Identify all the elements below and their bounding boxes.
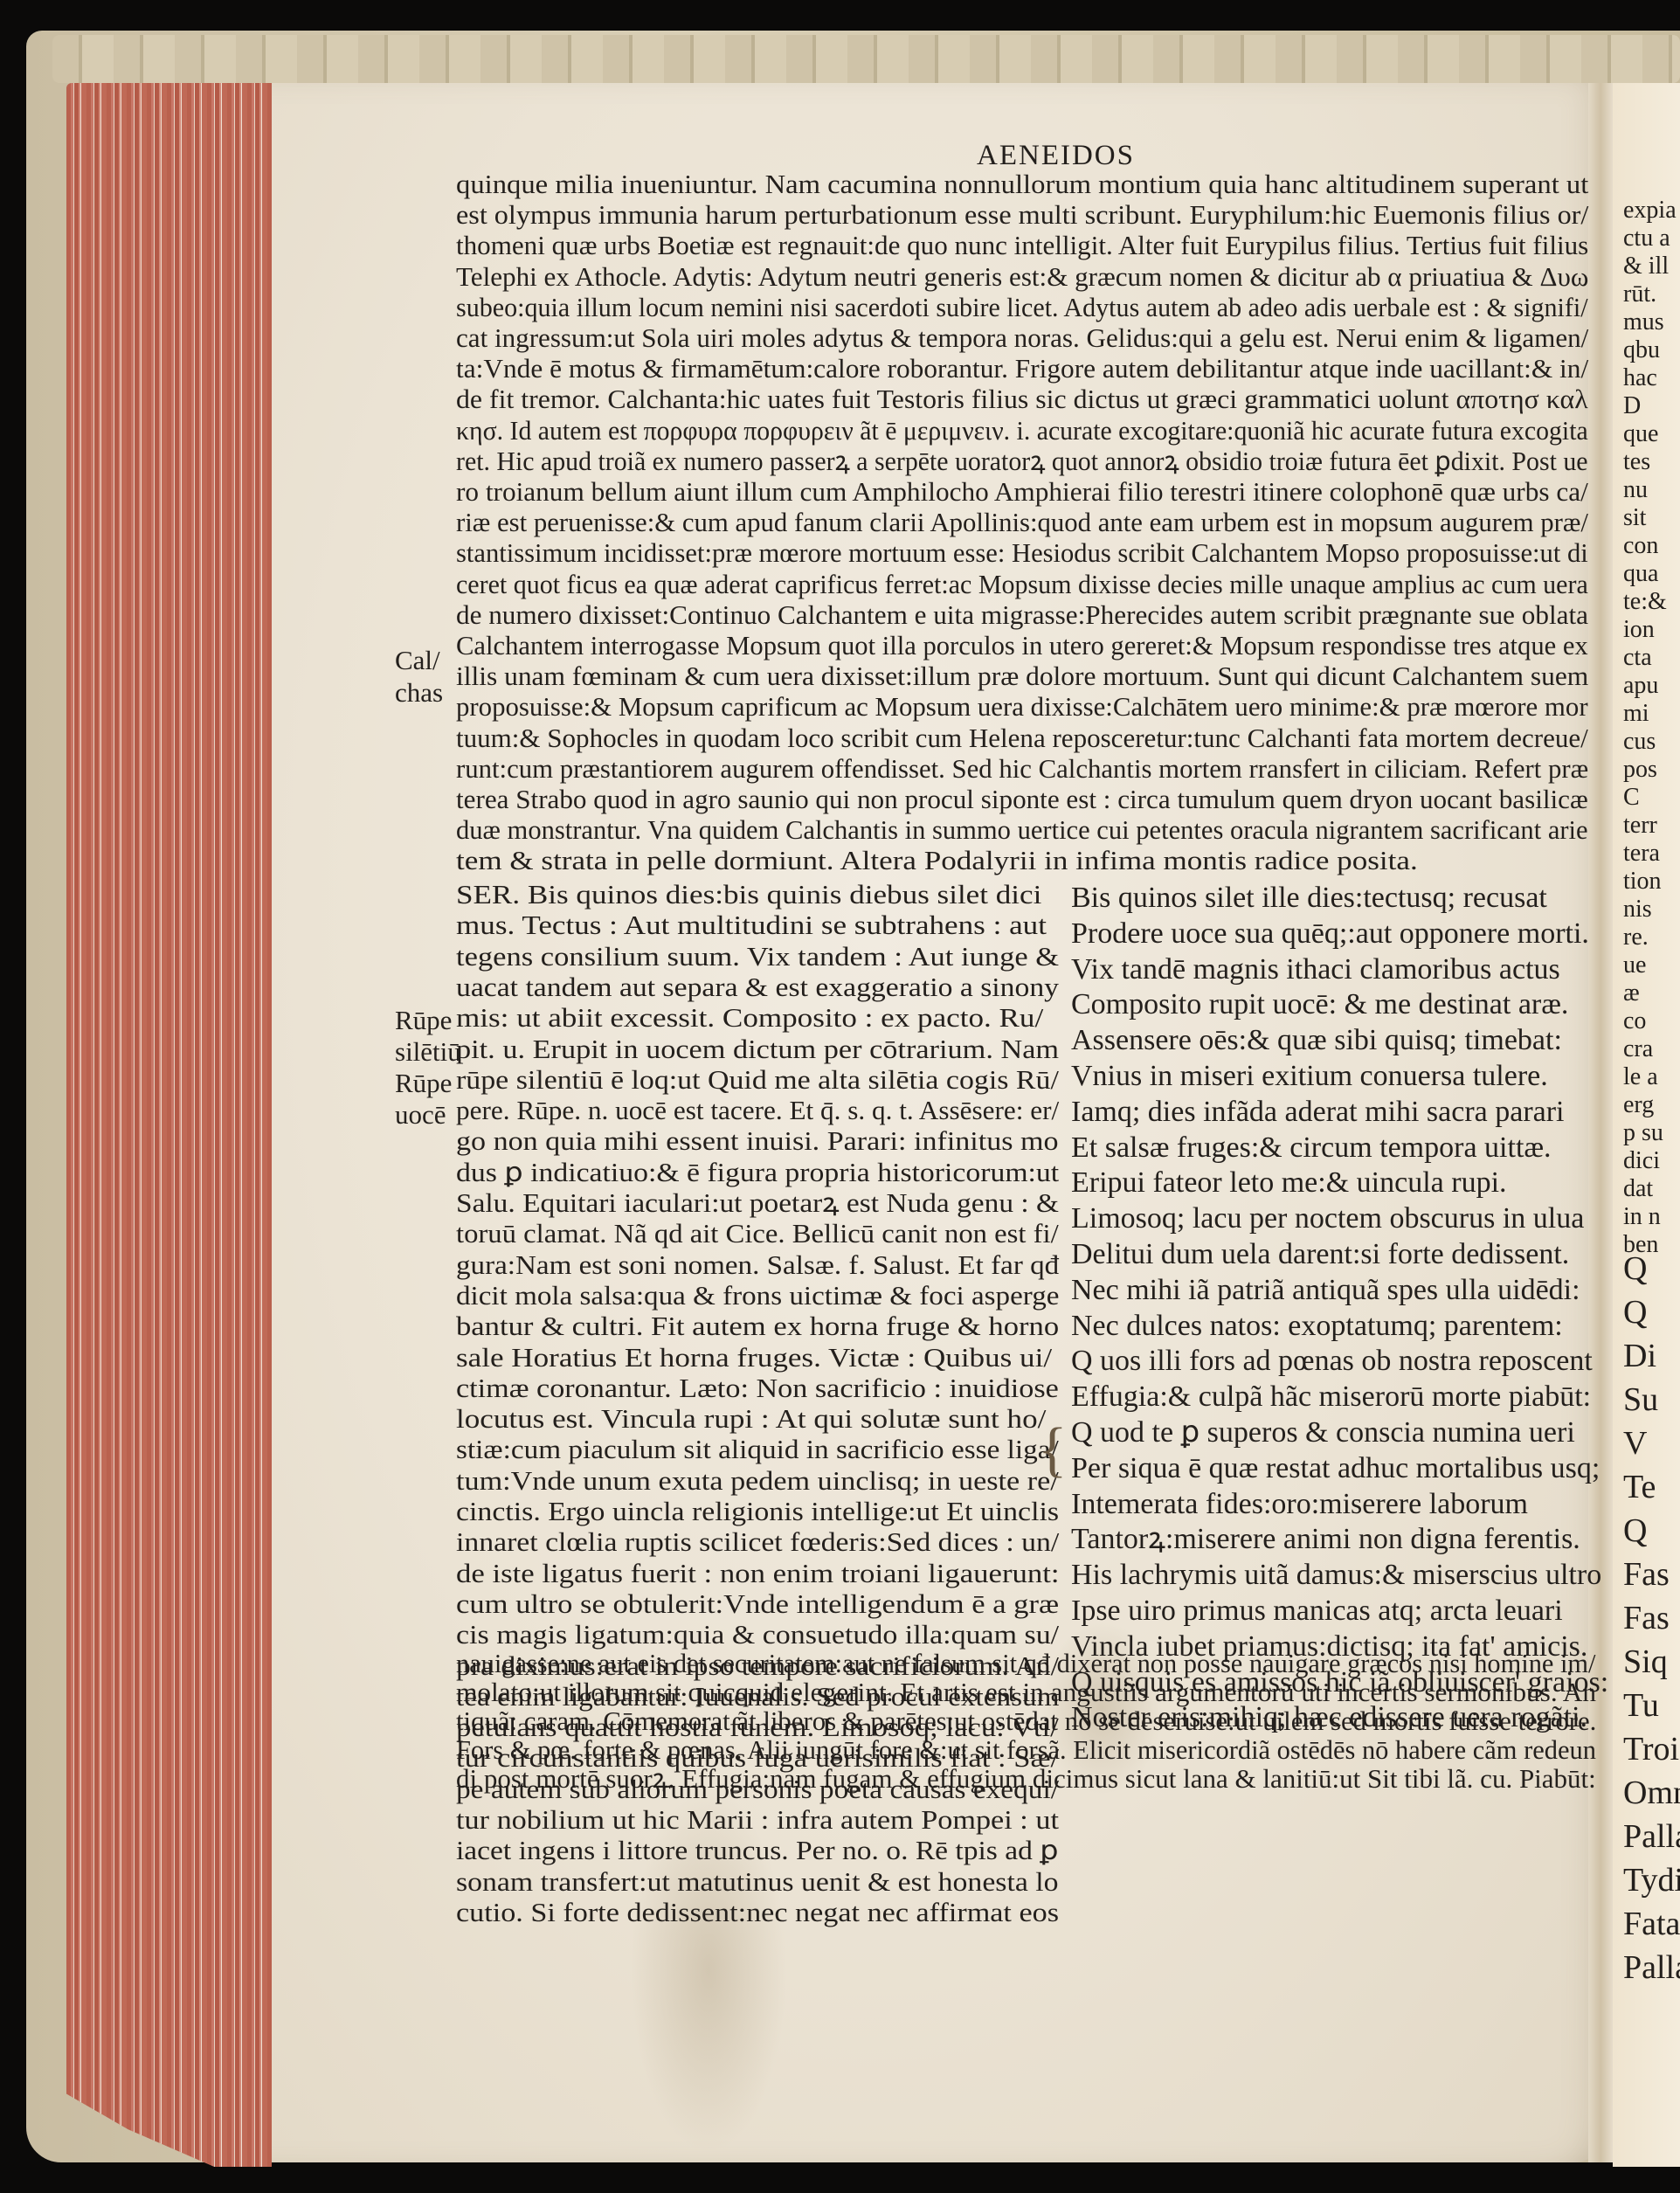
recto-text-fragment: Q xyxy=(1623,1512,1647,1550)
recto-text-fragment: qua xyxy=(1623,560,1658,588)
recto-text-fragment: co xyxy=(1623,1007,1646,1035)
margin-note: uocē xyxy=(395,1099,446,1131)
commentary-line: cutio. Si forte dedissent:nec negat nec … xyxy=(456,1899,1059,1927)
recto-text-fragment: ion xyxy=(1623,616,1655,644)
recto-text-fragment: le a xyxy=(1623,1063,1658,1091)
recto-text-fragment: apu xyxy=(1623,672,1658,700)
recto-text-fragment: tes xyxy=(1623,448,1650,476)
commentary-line: Salu. Equitari iaculari:ut poetarꝝ est N… xyxy=(456,1189,1059,1218)
recto-text-fragment: Q xyxy=(1623,1293,1647,1332)
recto-text-fragment: Omn xyxy=(1623,1774,1680,1812)
recto-text-fragment: te:& xyxy=(1623,588,1667,616)
recto-text-fragment: Fatal xyxy=(1623,1905,1680,1943)
commentary-line: de numero dixisset:Continuo Calchantem e… xyxy=(456,601,1588,630)
commentary-line: subeo:quia illum locum nemini nisi sacer… xyxy=(456,294,1588,322)
commentary-line: locutus est. Vincula rupi : At qui solut… xyxy=(456,1405,1046,1434)
recto-text-fragment: V xyxy=(1623,1424,1647,1463)
commentary-line: tiquã: caram. Cōmemorat ãt liberos & par… xyxy=(456,1707,1596,1736)
commentary-line: dus ꝑ indicatiuo:& ē figura propria hist… xyxy=(456,1159,1059,1187)
commentary-line: uacat tandem aut separa & est exaggerati… xyxy=(456,973,1059,1002)
recto-text-fragment: & ill xyxy=(1623,253,1669,280)
recto-text-fragment: tion xyxy=(1623,868,1662,896)
recto-text-fragment: re. xyxy=(1623,924,1649,951)
commentary-line: di post mortē suorꝝ. Effugia:nam fugam &… xyxy=(456,1765,1596,1794)
commentary-line: gura:Nam est soni nomen. Salsæ. f. Salus… xyxy=(456,1251,1059,1280)
verse-line: Prodere uoce sua quēq;:aut opponere mort… xyxy=(1071,917,1589,952)
commentary-line: toruū clamat. Nã qd ait Cice. Bellicū ca… xyxy=(456,1220,1059,1249)
recto-text-fragment: cta xyxy=(1623,644,1652,672)
recto-page-edge: expiactu a& illrūt.musqbuhacDquetesnusit… xyxy=(1613,83,1680,2167)
recto-text-fragment: ctu a xyxy=(1623,225,1670,253)
commentary-line: iacet ingens i littore truncus. Per no. … xyxy=(456,1837,1059,1865)
margin-note: Rūpe xyxy=(395,1068,452,1099)
recto-text-fragment: mus xyxy=(1623,308,1664,336)
margin-note: Rūpe xyxy=(395,1005,452,1036)
verse-line: Assensere oēs:& quæ sibi quisq; timebat: xyxy=(1071,1023,1562,1059)
gutter xyxy=(1588,83,1613,2162)
margin-note: chas xyxy=(395,677,443,709)
recto-text-fragment: con xyxy=(1623,532,1658,560)
recto-text-fragment: Siq xyxy=(1623,1643,1668,1681)
verse-line: Effugia:& culpã hãc miserorū morte piabū… xyxy=(1071,1380,1591,1415)
recto-text-fragment: Fas xyxy=(1623,1555,1670,1594)
verse-line: His lachrymis uitã damus:& miserscius ul… xyxy=(1071,1558,1601,1594)
recto-text-fragment: p su xyxy=(1623,1119,1663,1147)
verse-line: Limosoq; lacu per noctem obscurus in ulu… xyxy=(1071,1201,1584,1237)
commentary-line: bantur & cultri. Fit autem ex horna frug… xyxy=(456,1312,1059,1341)
recto-text-fragment: cra xyxy=(1623,1035,1653,1063)
commentary-line: Telephi ex Athocle. Adytis: Adytum neutr… xyxy=(456,263,1588,292)
commentary-line: est olympus immunia harum perturbationum… xyxy=(456,201,1588,230)
red-fore-edge-pages xyxy=(66,83,272,2167)
commentary-line: tur nobilium ut hic Marii : infra autem … xyxy=(456,1806,1059,1835)
verse-line: Q uod te ꝑ superos & conscia numina ueri xyxy=(1071,1415,1575,1451)
margin-note: Cal/ xyxy=(395,645,440,676)
recto-text-fragment: Fas xyxy=(1623,1599,1670,1637)
verse-line: Tantorꝝ:miserere animi non digna ferenti… xyxy=(1071,1522,1580,1558)
verse-line: Ipse uiro primus manicas atq; arcta leua… xyxy=(1071,1594,1563,1629)
recto-text-fragment: Di xyxy=(1623,1337,1656,1375)
verse-line: Composito rupit uocē: & me destinat aræ. xyxy=(1071,987,1568,1023)
recto-text-fragment: expia xyxy=(1623,197,1677,225)
verse-line: Nec dulces natos: exoptatumq; parentem: xyxy=(1071,1309,1563,1345)
verse-line: Eripui fateor leto me:& uincula rupi. xyxy=(1071,1166,1507,1201)
commentary-line: Calchantem interrogasse Mopsum quot illa… xyxy=(456,632,1588,661)
recto-text-fragment: mi xyxy=(1623,700,1649,728)
commentary-line: tum:Vnde unum exuta pedem uinclisq; in u… xyxy=(456,1467,1059,1496)
commentary-line: sale Horatius Et horna fruges. Victæ : Q… xyxy=(456,1344,1052,1373)
commentary-line: SER. Bis quinos dies:bis quinis diebus s… xyxy=(456,881,1041,910)
commentary-line: thomeni quæ urbs Boetiæ est regnauit:de … xyxy=(456,232,1588,260)
commentary-line: innaret clœlia ruptis scilicet fœderis:S… xyxy=(456,1528,1059,1557)
commentary-line: de iste ligatus fuerit : non enim troian… xyxy=(456,1560,1060,1588)
verse-line: Vnius in miseri exitium conuersa tulere. xyxy=(1071,1059,1548,1095)
recto-text-fragment: Tydi xyxy=(1623,1861,1680,1899)
commentary-line: sonam transfert:ut matutinus uenit & est… xyxy=(456,1868,1059,1897)
commentary-line: cinctis. Ergo uincla religionis intellig… xyxy=(456,1498,1059,1526)
verse-line: Et salsæ fruges:& circum tempora uittæ. xyxy=(1071,1131,1552,1166)
commentary-line: tuum:& Sophocles in quodam loco scribit … xyxy=(456,724,1588,753)
verse-line: Bis quinos silet ille dies:tectusq; recu… xyxy=(1071,881,1547,917)
recto-text-fragment: Troi xyxy=(1623,1730,1679,1768)
verse-line: Vix tandē magnis ithaci clamoribus actus xyxy=(1071,952,1560,988)
recto-text-fragment: hac xyxy=(1623,364,1657,392)
recto-text-fragment: nis xyxy=(1623,896,1652,924)
manuscript-brace-mark: { xyxy=(1038,1415,1068,1485)
recto-text-fragment: Q xyxy=(1623,1249,1647,1288)
commentary-line: de fit tremor. Calchanta:hic uates fuit … xyxy=(456,385,1588,414)
commentary-line: pere. Rūpe. n. uocē est tacere. Et q̄. s… xyxy=(456,1096,1059,1125)
commentary-line: tem & strata in pelle dormiunt. Altera P… xyxy=(456,847,1418,875)
commentary-line: Fors & pœ. forte & pœnas. Alii iungūt fo… xyxy=(456,1736,1596,1765)
recto-text-fragment: ue xyxy=(1623,951,1646,979)
commentary-line: nauigasse:ne aut eis det securitatem:aut… xyxy=(456,1650,1596,1678)
commentary-line: molato:ut illorum sit quicquid elegerint… xyxy=(456,1678,1596,1707)
commentary-line: stiæ:cum piaculum sit aliquid in sacrifi… xyxy=(456,1435,1059,1464)
commentary-line: runt:cum præstantiorem augurem offendiss… xyxy=(456,755,1588,784)
commentary-line: illis unam fœminam & cum uera dixisset:i… xyxy=(456,662,1588,691)
recto-text-fragment: Te xyxy=(1623,1468,1656,1506)
commentary-line: cis magis ligatum:quia & consuetudo illa… xyxy=(456,1621,1059,1650)
verse-line: Per siqua ē quæ restat adhuc mortalibus … xyxy=(1071,1451,1600,1487)
verse-line: Q uos illi fors ad pœnas ob nostra repos… xyxy=(1071,1344,1593,1380)
commentary-line: proposuisse:& Mopsum caprificum ac Mopsu… xyxy=(456,693,1588,722)
recto-text-fragment: D xyxy=(1623,392,1641,420)
recto-text-fragment: æ xyxy=(1623,979,1640,1007)
commentary-line: terea Strabo quod in agro saunio qui non… xyxy=(456,785,1588,814)
recto-text-fragment: cus xyxy=(1623,728,1656,756)
recto-text-fragment: Su xyxy=(1623,1380,1658,1419)
commentary-line: go non quia mihi essent inuisi. Parari: … xyxy=(456,1127,1059,1156)
recto-text-fragment: Tu xyxy=(1623,1686,1659,1725)
verse-line: Iamq; dies infãda aderat mihi sacra para… xyxy=(1071,1095,1565,1131)
recto-text-fragment: dici xyxy=(1623,1147,1660,1175)
recto-text-fragment: Palla xyxy=(1623,1817,1680,1856)
commentary-line: ret. Hic apud troiã ex numero passerꝝ a … xyxy=(456,447,1588,476)
recto-text-fragment: nu xyxy=(1623,476,1648,504)
verse-line: Intemerata fides:oro:miserere laborum xyxy=(1071,1487,1528,1523)
recto-text-fragment: dat xyxy=(1623,1175,1653,1203)
recto-text-fragment: tera xyxy=(1623,840,1660,868)
recto-text-fragment: pos xyxy=(1623,756,1657,784)
recto-text-fragment: rūt. xyxy=(1623,280,1656,308)
recto-text-fragment: in n xyxy=(1623,1203,1661,1231)
commentary-line: dicit mola salsa:qua & frons uictimæ & f… xyxy=(456,1282,1059,1311)
recto-text-fragment: C xyxy=(1623,784,1640,812)
commentary-line: mus. Tectus : Aut multitudini se subtrah… xyxy=(456,911,1047,940)
commentary-line: ctimæ coronantur. Læto: Non sacrificio :… xyxy=(456,1374,1059,1403)
margin-note: silētiū xyxy=(395,1036,461,1068)
recto-text-fragment: qbu xyxy=(1623,336,1660,364)
verse-line: Nec mihi iã patriã antiquã spes ulla uid… xyxy=(1071,1273,1580,1309)
recto-text-fragment: erg xyxy=(1623,1091,1654,1119)
recto-text-fragment: que xyxy=(1623,420,1658,448)
commentary-line: rūpe silentiū ē loq:ut Quid me alta silē… xyxy=(456,1066,1059,1095)
commentary-line: ta:Vnde ē motus & firmamētum:calore robo… xyxy=(456,355,1588,384)
commentary-line: pit. u. Erupit in uocem dictum per cōtra… xyxy=(456,1035,1059,1064)
commentary-line: stantissimum incidisset:præ mœrore mortu… xyxy=(456,539,1588,568)
recto-text-fragment: terr xyxy=(1623,812,1657,840)
commentary-line: cat ingressum:ut Sola uiri moles adytus … xyxy=(456,324,1588,353)
commentary-line: ceret quot ficus ea quæ aderat caprificu… xyxy=(456,571,1588,599)
commentary-line: quinque milia inueniuntur. Nam cacumina … xyxy=(456,170,1588,199)
verse-line: Delitui dum uela darent:si forte dedisse… xyxy=(1071,1237,1569,1273)
commentary-line: mis: ut abiit excessit. Composito : ex p… xyxy=(456,1004,1043,1033)
commentary-line: cum ultro se obtulerit:Vnde intelligendu… xyxy=(456,1590,1059,1619)
commentary-line: ro troianum bellum aiunt illum cum Amphi… xyxy=(456,478,1588,507)
running-head: AENEIDOS xyxy=(977,140,1135,172)
book-headcap xyxy=(52,35,1680,83)
recto-text-fragment: Palla xyxy=(1623,1948,1680,1987)
commentary-line: κησ. Id autem est πορφυρα πορφυρειν ãt ē… xyxy=(456,417,1588,446)
commentary-line: duæ monstrantur. Vna quidem Calchantis i… xyxy=(456,816,1588,845)
recto-text-fragment: sit xyxy=(1623,504,1646,532)
commentary-line: tegens consilium suum. Vix tandem : Aut … xyxy=(456,943,1059,972)
commentary-line: riæ est peruenisse:& cum apud fanum clar… xyxy=(456,508,1588,537)
